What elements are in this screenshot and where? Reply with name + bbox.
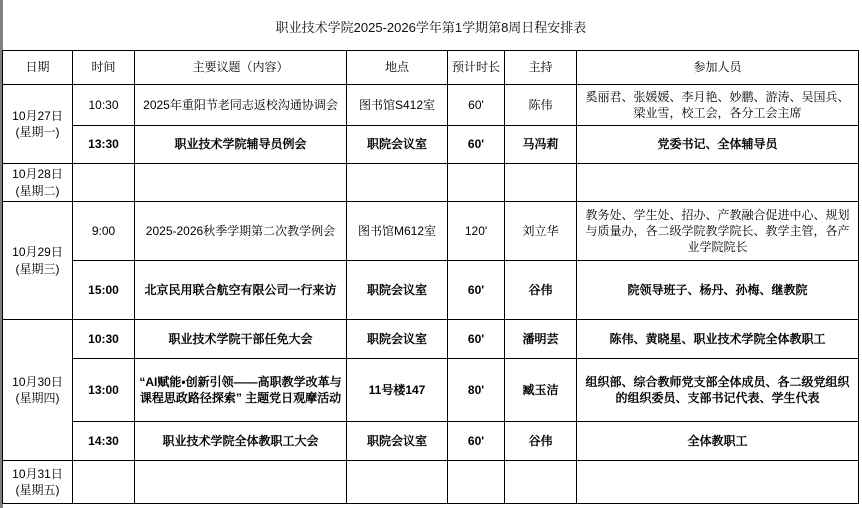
host-cell: 潘明芸 <box>505 320 577 359</box>
time-cell <box>73 461 135 504</box>
topic-cell: 北京民用联合航空有限公司一行来访 <box>135 261 347 320</box>
location-cell: 职院会议室 <box>347 261 448 320</box>
schedule-table: 日期 时间 主要议题（内容） 地点 预计时长 主持 参加人员 10月27日 (星… <box>2 50 859 504</box>
col-header-duration: 预计时长 <box>448 51 505 85</box>
location-cell <box>347 461 448 504</box>
time-cell: 10:30 <box>73 320 135 359</box>
topic-cell <box>135 164 347 202</box>
date-cell-oct30: 10月30日 (星期四) <box>3 320 73 461</box>
location-cell <box>347 164 448 202</box>
time-cell: 13:30 <box>73 126 135 164</box>
location-cell: 图书馆M612室 <box>347 202 448 261</box>
col-header-participants: 参加人员 <box>577 51 859 85</box>
participants-cell <box>577 461 859 504</box>
host-cell: 臧玉洁 <box>505 359 577 422</box>
topic-cell: “AI赋能•创新引领——高职教学改革与课程思政路径探索” 主题党日观摩活动 <box>135 359 347 422</box>
duration-cell <box>448 164 505 202</box>
date-cell-oct31: 10月31日 (星期五) <box>3 461 73 504</box>
topic-cell <box>135 461 347 504</box>
date-cell-oct29: 10月29日 (星期三) <box>3 202 73 320</box>
time-cell: 9:00 <box>73 202 135 261</box>
time-cell: 13:00 <box>73 359 135 422</box>
col-header-date: 日期 <box>3 51 73 85</box>
location-cell: 职院会议室 <box>347 126 448 164</box>
duration-cell: 60' <box>448 422 505 461</box>
duration-cell <box>448 461 505 504</box>
location-cell: 职院会议室 <box>347 320 448 359</box>
topic-cell: 2025-2026秋季学期第二次教学例会 <box>135 202 347 261</box>
duration-cell: 120' <box>448 202 505 261</box>
duration-cell: 80' <box>448 359 505 422</box>
table-row: 13:30 职业技术学院辅导员例会 职院会议室 60' 马冯莉 党委书记、全体辅… <box>3 126 859 164</box>
duration-cell: 60' <box>448 126 505 164</box>
topic-cell: 职业技术学院干部任免大会 <box>135 320 347 359</box>
host-cell: 马冯莉 <box>505 126 577 164</box>
table-row: 10月30日 (星期四) 10:30 职业技术学院干部任免大会 职院会议室 60… <box>3 320 859 359</box>
page-title: 职业技术学院2025-2026学年第1学期第8周日程安排表 <box>3 17 859 36</box>
table-row: 10月31日 (星期五) <box>3 461 859 504</box>
date-cell-oct28: 10月28日 (星期二) <box>3 164 73 202</box>
table-row: 10月29日 (星期三) 9:00 2025-2026秋季学期第二次教学例会 图… <box>3 202 859 261</box>
time-cell: 10:30 <box>73 85 135 126</box>
location-cell: 职院会议室 <box>347 422 448 461</box>
participants-cell: 陈伟、黄晓星、职业技术学院全体教职工 <box>577 320 859 359</box>
participants-cell: 组织部、综合教师党支部全体成员、各二级党组织的组织委员、支部书记代表、学生代表 <box>577 359 859 422</box>
topic-cell: 职业技术学院辅导员例会 <box>135 126 347 164</box>
table-row: 13:00 “AI赋能•创新引领——高职教学改革与课程思政路径探索” 主题党日观… <box>3 359 859 422</box>
duration-cell: 60' <box>448 85 505 126</box>
col-header-host: 主持 <box>505 51 577 85</box>
col-header-time: 时间 <box>73 51 135 85</box>
location-cell: 11号楼147 <box>347 359 448 422</box>
host-cell: 刘立华 <box>505 202 577 261</box>
host-cell: 陈伟 <box>505 85 577 126</box>
participants-cell: 全体教职工 <box>577 422 859 461</box>
time-cell <box>73 164 135 202</box>
topic-cell: 2025年重阳节老同志返校沟通协调会 <box>135 85 347 126</box>
host-cell: 谷伟 <box>505 422 577 461</box>
topic-cell: 职业技术学院全体教职工大会 <box>135 422 347 461</box>
duration-cell: 60' <box>448 261 505 320</box>
schedule-screen: 职业技术学院2025-2026学年第1学期第8周日程安排表 日期 时间 主要议题… <box>0 0 862 508</box>
time-cell: 15:00 <box>73 261 135 320</box>
participants-cell: 奚丽君、张媛媛、李月艳、妙鹏、游涛、吴国兵、梁业雪，校工会，各分工会主席 <box>577 85 859 126</box>
participants-cell: 院领导班子、杨丹、孙梅、继教院 <box>577 261 859 320</box>
table-row: 15:00 北京民用联合航空有限公司一行来访 职院会议室 60' 谷伟 院领导班… <box>3 261 859 320</box>
participants-cell: 党委书记、全体辅导员 <box>577 126 859 164</box>
table-row: 10月27日 (星期一) 10:30 2025年重阳节老同志返校沟通协调会 图书… <box>3 85 859 126</box>
col-header-topic: 主要议题（内容） <box>135 51 347 85</box>
table-row: 10月28日 (星期二) <box>3 164 859 202</box>
header-row: 日期 时间 主要议题（内容） 地点 预计时长 主持 参加人员 <box>3 51 859 85</box>
col-header-location: 地点 <box>347 51 448 85</box>
duration-cell: 60' <box>448 320 505 359</box>
host-cell <box>505 164 577 202</box>
location-cell: 图书馆S412室 <box>347 85 448 126</box>
date-cell-oct27: 10月27日 (星期一) <box>3 85 73 164</box>
host-cell <box>505 461 577 504</box>
host-cell: 谷伟 <box>505 261 577 320</box>
time-cell: 14:30 <box>73 422 135 461</box>
participants-cell: 教务处、学生处、招办、产教融合促进中心、规划与质量办，各二级学院教学院长、教学主… <box>577 202 859 261</box>
table-row: 14:30 职业技术学院全体教职工大会 职院会议室 60' 谷伟 全体教职工 <box>3 422 859 461</box>
participants-cell <box>577 164 859 202</box>
